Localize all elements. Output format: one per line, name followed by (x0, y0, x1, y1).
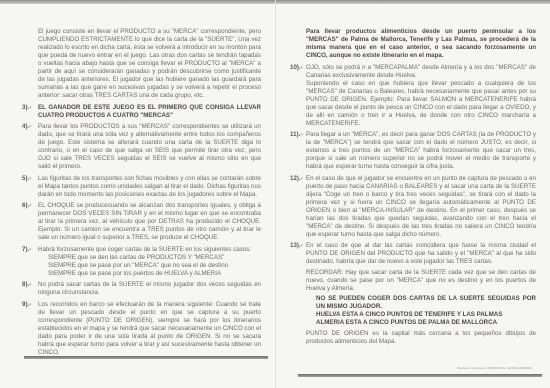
caps-note: HUELVA ESTA A CINCO PUNTOS DE TENERIFE Y… (306, 311, 536, 319)
caps-notes: NO SE PUEDEN COGER DOS CARTAS DE LA SUER… (306, 295, 536, 327)
rule-number: 10).- (290, 64, 306, 128)
rule-item: 11).-Para llegar a un "MERCA", es decir … (306, 131, 536, 171)
left-page: El juego consiste en llevar el PRODUCTO … (0, 0, 275, 388)
right-page: Para llevar productos alimenticios desde… (275, 0, 550, 388)
rule-item: 7).-Habrá forzosamente que coger cartas … (38, 246, 261, 278)
rule-number: 13).- (290, 242, 306, 266)
rule-item: 4).-Para llevar los PRODUCTOS a sus "MER… (38, 123, 261, 171)
rules-list: 3).-EL GANADOR DE ESTE JUEGO ES EL PRIME… (38, 104, 261, 357)
rule-item: 3).-EL GANADOR DE ESTE JUEGO ES EL PRIME… (38, 104, 261, 120)
rule-number: 5).- (22, 175, 38, 199)
rule-text: Para llevar los PRODUCTOS a sus "MERCAS"… (38, 123, 261, 171)
rule-subitem: SIEMPRE que se pase por los puertos de H… (38, 270, 261, 278)
printer-credit: Diseñado e impreso por: ROMERVISA - GETA… (457, 366, 532, 370)
origen-note: PUNTO DE ORIGEN es la capital más cercan… (306, 330, 536, 346)
rule-item: 8).-No podrá sacar cartas de la SUERTE e… (38, 281, 261, 297)
rule-item: 9).-Los recorridos en barco se efectuará… (38, 301, 261, 357)
rule-text: En el caso de que al dar las cartas coin… (306, 242, 536, 266)
rule-number: 7).- (22, 246, 38, 278)
rule-subitem: SIEMPRE que se pase por un "MERCA" que n… (38, 262, 261, 270)
rule-extra: Suponiendo el caso en que hubiera que ll… (306, 80, 536, 128)
rule-item: 12).-En el caso de que el jugador se enc… (306, 175, 536, 239)
rule-text: Las figuritas de los transportes son fic… (38, 175, 261, 199)
rule-item: 5).-Las figuritas de los transportes son… (38, 175, 261, 199)
rule-item: 10).-OJO, sólo se podrá ir a "MERCAPALMA… (306, 64, 536, 128)
rule-text: EL GANADOR DE ESTE JUEGO ES EL PRIMERO Q… (38, 104, 261, 120)
bottom-rule-right (298, 374, 542, 377)
rule-item: 6).-EL CHOQUE se producecuando se alcanz… (38, 202, 261, 242)
intro-paragraph: El juego consiste en llevar el PRODUCTO … (38, 28, 261, 100)
intro-paragraph-right: Para llevar productos alimenticios desde… (306, 28, 536, 60)
rule-number: 8).- (22, 281, 38, 297)
recordar-note: RECORDAR: Hay que sacar carta de la SUER… (306, 269, 536, 293)
rule-text: Habrá forzosamente que coger cartas de l… (38, 246, 261, 254)
rule-text: No podrá sacar cartas de la SUERTE el mi… (38, 281, 261, 297)
rule-text: OJO, sólo se podrá ir a "MERCAPALMA" des… (306, 64, 536, 80)
rule-number: 6).- (22, 202, 38, 242)
rule-number: 9).- (22, 301, 38, 357)
caps-note: NO SE PUEDEN COGER DOS CARTAS DE LA SUER… (306, 295, 536, 311)
rule-text: En el caso de que el jugador se encuentr… (306, 175, 536, 239)
bottom-rule-left (24, 356, 268, 359)
rules-list-right: 10).-OJO, sólo se podrá ir a "MERCAPALMA… (306, 64, 536, 267)
rule-item: 13).-En el caso de que al dar las cartas… (306, 242, 536, 266)
rule-number: 11).- (290, 131, 306, 171)
rule-number: 3).- (22, 104, 38, 120)
caps-note: ALMERIA ESTA A CINCO PUNTOS DE PALMA DE … (306, 319, 536, 327)
rule-text: Los recorridos en barco se efectuarán de… (38, 301, 261, 357)
rule-number: 4).- (22, 123, 38, 171)
rule-text: EL CHOQUE se producecuando se alcanzan d… (38, 202, 261, 242)
rule-number: 12).- (290, 175, 306, 239)
rule-subitem: SIEMPRE que se den las cartas de PRODUCT… (38, 254, 261, 262)
rule-text: Para llegar a un "MERCA", es decir para … (306, 131, 536, 171)
